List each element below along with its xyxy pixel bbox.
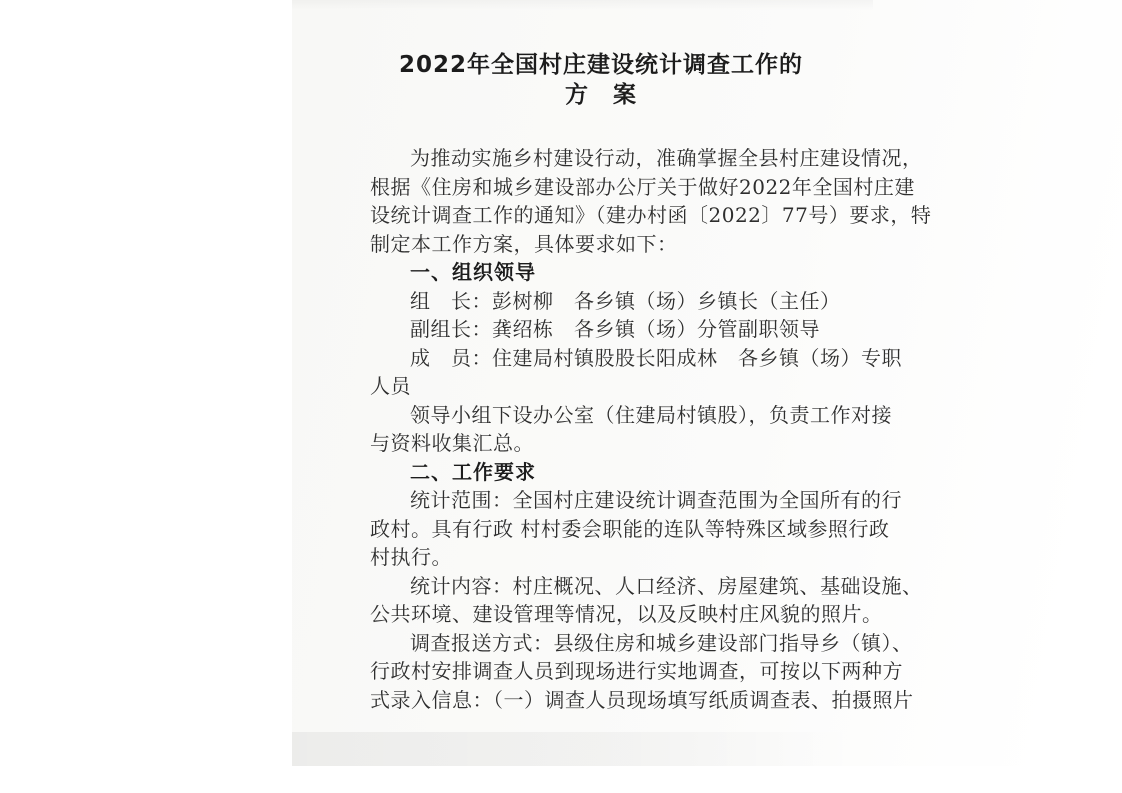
screenshot-canvas: 2022年全国村庄建设统计调查工作的 方 案 为推动实施乡村建设行动，准确掌握全… [0,0,1122,793]
document-text-block: 2022年全国村庄建设统计调查工作的 方 案 为推动实施乡村建设行动，准确掌握全… [370,0,832,714]
scanned-page: 2022年全国村庄建设统计调查工作的 方 案 为推动实施乡村建设行动，准确掌握全… [292,0,1122,766]
section-heading: 二、工作要求 [370,458,832,487]
document-line: 调查报送方式：县级住房和城乡建设部门指导乡（镇）、 [370,629,832,658]
document-line: 为推动实施乡村建设行动，准确掌握全县村庄建设情况， [370,144,832,173]
document-line: 统计内容：村庄概况、人口经济、房屋建筑、基础设施、 [370,572,832,601]
document-line: 成 员：住建局村镇股股长阳成林 各乡镇（场）专职 [370,344,832,373]
document-line: 人员 [370,372,832,401]
document-body: 为推动实施乡村建设行动，准确掌握全县村庄建设情况，根据《住房和城乡建设部办公厅关… [370,144,832,714]
document-line: 公共环境、建设管理等情况，以及反映村庄风貌的照片。 [370,600,832,629]
document-line: 统计范围：全国村庄建设统计调查范围为全国所有的行 [370,486,832,515]
document-line: 行政村安排调查人员到现场进行实地调查，可按以下两种方 [370,657,832,686]
document-line: 副组长：龚绍栋 各乡镇（场）分管副职领导 [370,315,832,344]
document-title-line1: 2022年全国村庄建设统计调查工作的 [370,50,832,80]
document-title-line2: 方 案 [370,80,832,110]
document-line: 政村。具有行政 村村委会职能的连队等特殊区域参照行政 [370,515,832,544]
document-line: 与资料收集汇总。 [370,429,832,458]
document-line: 领导小组下设办公室（住建局村镇股），负责工作对接 [370,401,832,430]
document-line: 设统计调查工作的通知》（建办村函〔2022〕77号）要求，特 [370,201,832,230]
document-line: 制定本工作方案，具体要求如下： [370,230,832,259]
document-line: 组 长：彭树柳 各乡镇（场）乡镇长（主任） [370,287,832,316]
document-line: 式录入信息：（一）调查人员现场填写纸质调查表、拍摄照片 [370,686,832,715]
document-line: 根据《住房和城乡建设部办公厅关于做好2022年全国村庄建 [370,173,832,202]
section-heading: 一、组织领导 [370,258,832,287]
document-line: 村执行。 [370,543,832,572]
